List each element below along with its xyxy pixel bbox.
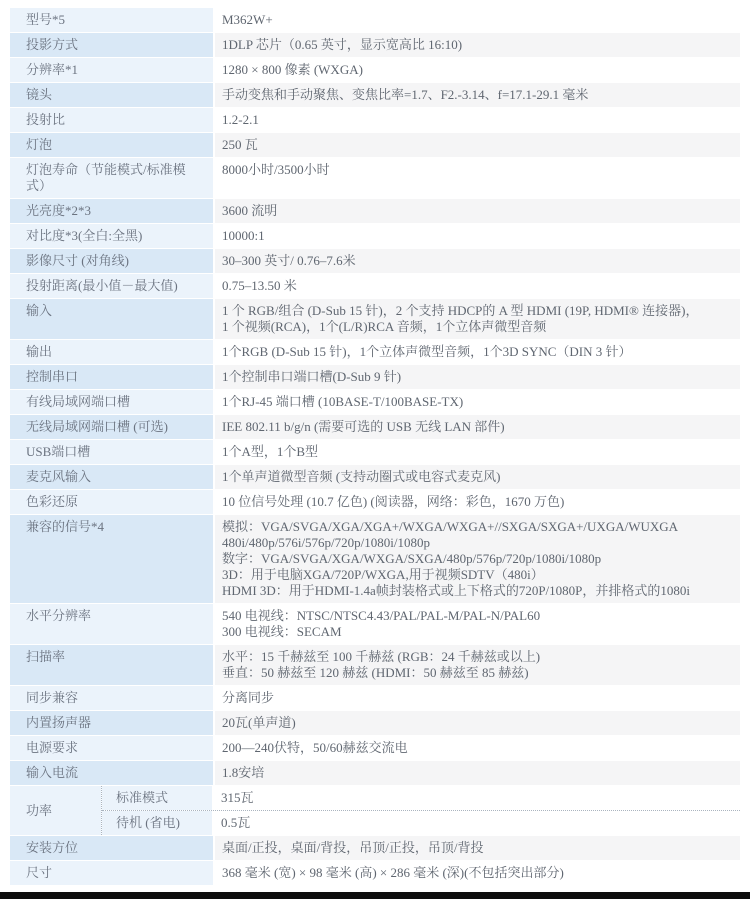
spec-value: 手动变焦和手动聚焦、变焦比率=1.7、F2.-3.14、f=17.1-29.1 … [215,83,740,107]
spec-row: 同步兼容分离同步 [10,686,740,710]
spec-value: 1个单声道微型音频 (支持动圈式或电容式麦克风) [215,465,740,489]
spec-value: 10000:1 [215,224,740,248]
spec-row: 尺寸368 毫米 (宽) × 98 毫米 (高) × 286 毫米 (深)(不包… [10,861,740,885]
spec-row: 投射比1.2-2.1 [10,108,740,132]
spec-row: 投射距离(最小值－最大值)0.75–13.50 米 [10,274,740,298]
spec-label: 投影方式 [10,33,213,57]
spec-row: 电源要求200—240伏特，50/60赫兹交流电 [10,736,740,760]
spec-value: 10 位信号处理 (10.7 亿色) (阅读器，网络：彩色，1670 万色) [215,490,740,514]
spec-label: 影像尺寸 (对角线) [10,249,213,273]
bottom-bar [0,892,750,899]
spec-value: 250 瓦 [215,133,740,157]
spec-row: 投影方式1DLP 芯片（0.65 英寸，显示宽高比 16:10) [10,33,740,57]
spec-value: 1DLP 芯片（0.65 英寸，显示宽高比 16:10) [215,33,740,57]
spec-label: 安装方位 [10,836,213,860]
spec-table: 型号*5M362W+投影方式1DLP 芯片（0.65 英寸，显示宽高比 16:1… [10,8,740,886]
spec-label: 电源要求 [10,736,213,760]
spec-label: 兼容的信号*4 [10,515,213,603]
spec-label: 有线局域网端口槽 [10,390,213,414]
spec-row: 控制串口1个控制串口端口槽(D-Sub 9 针) [10,365,740,389]
power-sub-row: 待机 (省电)0.5瓦 [102,810,740,835]
spec-row: 光亮度*2*33600 流明 [10,199,740,223]
spec-label: 水平分辨率 [10,604,213,644]
spec-row: 水平分辨率540 电视线：NTSC/NTSC4.43/PAL/PAL-M/PAL… [10,604,740,644]
spec-row: USB端口槽1个A型，1个B型 [10,440,740,464]
spec-sublabel: 待机 (省电) [102,811,212,835]
spec-value: 1280 × 800 像素 (WXGA) [215,58,740,82]
spec-label: 扫描率 [10,645,213,685]
spec-row: 有线局域网端口槽1个RJ-45 端口槽 (10BASE-T/100BASE-TX… [10,390,740,414]
spec-row: 色彩还原10 位信号处理 (10.7 亿色) (阅读器，网络：彩色，1670 万… [10,490,740,514]
spec-sublabel: 标准模式 [102,786,212,810]
spec-value: 0.5瓦 [214,811,740,835]
spec-value: 1个A型，1个B型 [215,440,740,464]
spec-label: USB端口槽 [10,440,213,464]
spec-value: 水平：15 千赫兹至 100 千赫兹 (RGB：24 千赫兹或以上) 垂直：50… [215,645,740,685]
spec-label: 镜头 [10,83,213,107]
spec-value: 30–300 英寸/ 0.76–7.6米 [215,249,740,273]
spec-row: 灯泡寿命（节能模式/标准模式）8000小时/3500小时 [10,158,740,198]
spec-row: 扫描率水平：15 千赫兹至 100 千赫兹 (RGB：24 千赫兹或以上) 垂直… [10,645,740,685]
spec-value: 1.2-2.1 [215,108,740,132]
spec-label: 对比度*3(全白:全黑) [10,224,213,248]
spec-label: 功率 [10,786,101,835]
spec-label: 输出 [10,340,213,364]
spec-label: 型号*5 [10,8,213,32]
spec-label: 投射距离(最小值－最大值) [10,274,213,298]
spec-value: 1.8安培 [215,761,740,785]
spec-row: 型号*5M362W+ [10,8,740,32]
spec-row: 内置扬声器20瓦(单声道) [10,711,740,735]
spec-value: 模拟：VGA/SVGA/XGA/XGA+/WXGA/WXGA+//SXGA/SX… [215,515,740,603]
spec-label: 灯泡寿命（节能模式/标准模式） [10,158,213,198]
spec-row: 灯泡250 瓦 [10,133,740,157]
spec-value: 8000小时/3500小时 [215,158,740,198]
spec-row: 影像尺寸 (对角线)30–300 英寸/ 0.76–7.6米 [10,249,740,273]
spec-row: 输入1 个 RGB/组合 (D-Sub 15 针)，2 个支持 HDCP的 A … [10,299,740,339]
spec-row: 兼容的信号*4模拟：VGA/SVGA/XGA/XGA+/WXGA/WXGA+//… [10,515,740,603]
spec-label: 输入电流 [10,761,213,785]
spec-row: 输入电流1.8安培 [10,761,740,785]
spec-row: 对比度*3(全白:全黑)10000:1 [10,224,740,248]
spec-value: 540 电视线：NTSC/NTSC4.43/PAL/PAL-M/PAL-N/PA… [215,604,740,644]
spec-value: 1个RGB (D-Sub 15 针)，1个立体声微型音频，1个3D SYNC（D… [215,340,740,364]
spec-value: 3600 流明 [215,199,740,223]
power-sub-rows: 标准模式315瓦待机 (省电)0.5瓦 [101,786,740,835]
spec-label: 输入 [10,299,213,339]
spec-label: 尺寸 [10,861,213,885]
spec-value: M362W+ [215,8,740,32]
spec-value: 分离同步 [215,686,740,710]
spec-value: 200—240伏特，50/60赫兹交流电 [215,736,740,760]
spec-row: 麦克风输入1个单声道微型音频 (支持动圈式或电容式麦克风) [10,465,740,489]
spec-row: 无线局域网端口槽 (可选)IEE 802.11 b/g/n (需要可选的 USB… [10,415,740,439]
power-sub-row: 标准模式315瓦 [102,786,740,810]
spec-value: 1个控制串口端口槽(D-Sub 9 针) [215,365,740,389]
spec-label: 投射比 [10,108,213,132]
spec-value: 1个RJ-45 端口槽 (10BASE-T/100BASE-TX) [215,390,740,414]
spec-row: 输出1个RGB (D-Sub 15 针)，1个立体声微型音频，1个3D SYNC… [10,340,740,364]
spec-label: 无线局域网端口槽 (可选) [10,415,213,439]
spec-label: 色彩还原 [10,490,213,514]
spec-label: 分辨率*1 [10,58,213,82]
spec-row: 镜头手动变焦和手动聚焦、变焦比率=1.7、F2.-3.14、f=17.1-29.… [10,83,740,107]
spec-value: 315瓦 [214,786,740,810]
spec-label: 控制串口 [10,365,213,389]
spec-value: 20瓦(单声道) [215,711,740,735]
spec-value: 0.75–13.50 米 [215,274,740,298]
spec-page: 型号*5M362W+投影方式1DLP 芯片（0.65 英寸，显示宽高比 16:1… [0,0,750,899]
spec-row: 分辨率*11280 × 800 像素 (WXGA) [10,58,740,82]
spec-label: 麦克风输入 [10,465,213,489]
spec-label: 同步兼容 [10,686,213,710]
power-group-row: 功率标准模式315瓦待机 (省电)0.5瓦 [10,786,740,835]
spec-value: 368 毫米 (宽) × 98 毫米 (高) × 286 毫米 (深)(不包括突… [215,861,740,885]
spec-label: 内置扬声器 [10,711,213,735]
spec-row: 安装方位桌面/正投，桌面/背投，吊顶/正投，吊顶/背投 [10,836,740,860]
spec-value: IEE 802.11 b/g/n (需要可选的 USB 无线 LAN 部件) [215,415,740,439]
spec-value: 桌面/正投，桌面/背投，吊顶/正投，吊顶/背投 [215,836,740,860]
spec-value: 1 个 RGB/组合 (D-Sub 15 针)，2 个支持 HDCP的 A 型 … [215,299,740,339]
spec-label: 光亮度*2*3 [10,199,213,223]
spec-label: 灯泡 [10,133,213,157]
